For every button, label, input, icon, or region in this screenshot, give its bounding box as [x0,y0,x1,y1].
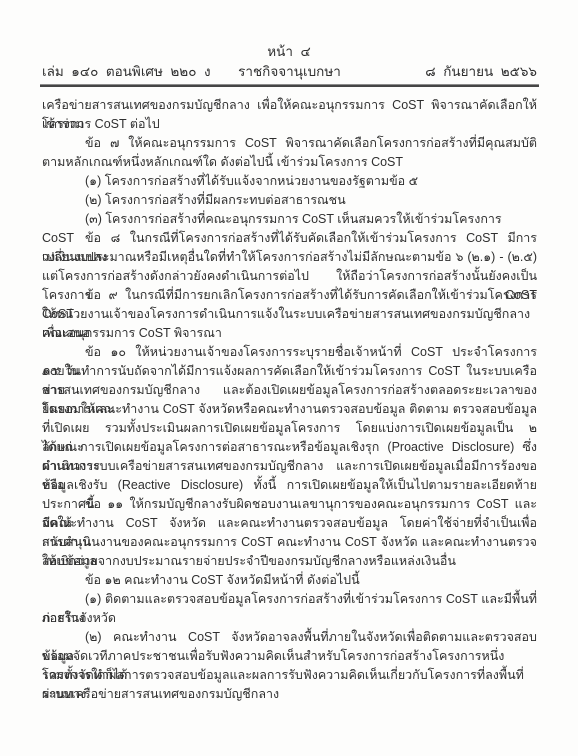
document-line: ยินยอมให้คณะทำงาน CoST จังหวัดหรือคณะทำง… [42,400,537,419]
document-line: ให้หน่วยงานเจ้าของโครงการดำเนินการแจ้งใน… [42,305,537,324]
header-divider [40,84,539,87]
document-line: พร้อมจัดเวทีภาคประชาชนเพื่อรับฟังความคิด… [42,647,537,666]
document-line: ข้อ ๘ ในกรณีที่โครงการก่อสร้างที่ได้รับค… [42,229,537,248]
document-line: ภายในจังหวัด [42,609,537,628]
document-line: ผ่านทางระบบเครือข่ายสารสนเทศของกรมบัญชีก… [42,457,537,476]
document-line: ข้อ ๙ ในกรณีที่มีการยกเลิกโครงการก่อสร้า… [42,286,537,305]
document-line: (๒) คณะทำงาน CoST จังหวัดอาจลงพื้นที่ภาย… [42,628,537,647]
document-line: (๑) โครงการก่อสร้างที่ได้รับแจ้งจากหน่วย… [42,172,537,191]
document-line: ข้อมูลเชิงรับ (Reactive Disclosure) ทั้ง… [42,476,537,495]
document-line: ข้อ ๑๑ ให้กรมบัญชีกลางรับผิดชอบงานเลขานุ… [42,495,537,514]
document-line: (๒) โครงการก่อสร้างที่มีผลกระทบต่อสาธารณ… [42,191,537,210]
publication-date: ๘ กันยายน ๒๕๖๖ [425,62,537,81]
document-line: เครือข่ายสารสนเทศของกรมบัญชีกลาง เพื่อให… [42,96,537,115]
document-line: ที่เปิดเผย รวมทั้งประเมินผลการเปิดเผยข้อ… [42,419,537,438]
document-line: ข้อ ๑๐ ให้หน่วยงานเจ้าของโครงการระบุรายช… [42,343,537,362]
document-line: (๓) โครงการก่อสร้างที่คณะอนุกรรมการ CoST… [42,210,537,229]
document-line: มีคณะทำงาน CoST จังหวัด และคณะทำงานตรวจส… [42,514,537,533]
document-line: (๑) ติดตามและตรวจสอบข้อมูลโครงการก่อสร้า… [42,590,537,609]
document-line: ระบบเครือข่ายสารสนเทศของกรมบัญชีกลาง [42,685,537,704]
document-line: คณะอนุกรรมการ CoST พิจารณา [42,324,537,343]
document-line: ให้เบิกจ่ายจากงบประมาณรายจ่ายประจำปีของก… [42,552,537,571]
document-line: ตามหลักเกณฑ์หนึ่งหลักเกณฑ์ใด ดังต่อไปนี้… [42,153,537,172]
document-line: แต่โครงการก่อสร้างดังกล่าวยังคงดำเนินการ… [42,267,537,286]
document-line: ข้อ ๑๒ คณะทำงาน CoST จังหวัดมีหน้าที่ ดั… [42,571,537,590]
gazette-page: หน้า ๔ เล่ม ๑๔๐ ตอนพิเศษ ๒๒๐ ง ราชกิจจาน… [0,0,578,756]
document-line: การดำเนินงานของคณะอนุกรรมการ CoST คณะทำง… [42,533,537,552]
gazette-header: เล่ม ๑๔๐ ตอนพิเศษ ๒๒๐ ง ราชกิจจานุเบกษา … [42,62,537,81]
document-line: สารสนเทศของกรมบัญชีกลาง และต้องเปิดเผยข้… [42,381,537,400]
document-line: ได้แก่ การเปิดเผยข้อมูลโครงการต่อสาธารณะ… [42,438,537,457]
document-line: รวมทั้งจัดทำผลการตรวจสอบข้อมูลและผลการรั… [42,666,537,685]
document-line: วงเงินงบประมาณหรือมีเหตุอื่นใดที่ทำให้โค… [42,248,537,267]
document-line: ข้อ ๗ ให้คณะอนุกรรมการ CoST พิจารณาคัดเล… [42,134,537,153]
page-number: หน้า ๔ [0,42,578,61]
document-line: โครงการ CoST ต่อไป [42,115,537,134]
document-body: เครือข่ายสารสนเทศของกรมบัญชีกลาง เพื่อให… [42,96,537,704]
document-line: ๑๕ วันทำการนับถัดจากได้มีการแจ้งผลการคัด… [42,362,537,381]
